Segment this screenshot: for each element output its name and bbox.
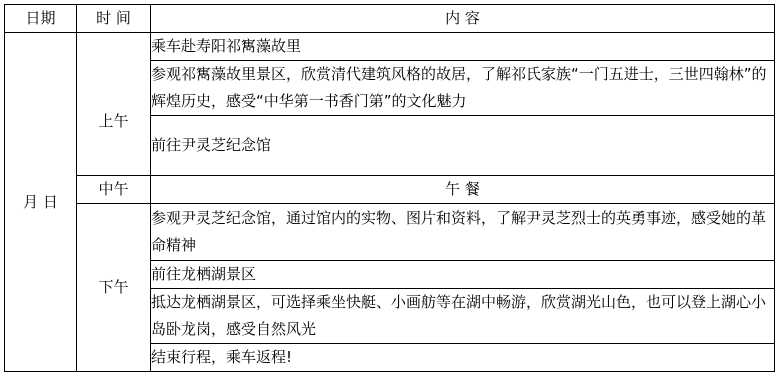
morning-item: 参观祁寯藻故里景区，欣赏清代建筑风格的故居，了解祁氏家族“一门五进士，三世四翰林… [151,61,775,116]
afternoon-item: 参观尹灵芝纪念馆，通过馆内的实物、图片和资料，了解尹灵芝烈士的英勇事迹，感受她的… [151,204,775,261]
table-row: 中午 午 餐 [5,176,775,204]
header-row: 日期 时 间 内 容 [5,5,775,33]
afternoon-item: 前往龙栖湖景区 [151,261,775,289]
date-cell: 月 日 [5,33,77,372]
header-content: 内 容 [151,5,775,33]
afternoon-item: 结束行程，乘车返程! [151,344,775,372]
noon-label: 中午 [77,176,151,204]
noon-content: 午 餐 [151,176,775,204]
header-date: 日期 [5,5,77,33]
morning-label: 上午 [77,33,151,176]
morning-item: 前往尹灵芝纪念馆 [151,116,775,176]
table-row: 下午 参观尹灵芝纪念馆，通过馆内的实物、图片和资料，了解尹灵芝烈士的英勇事迹，感… [5,204,775,261]
afternoon-label: 下午 [77,204,151,372]
afternoon-item: 抵达龙栖湖景区，可选择乘坐快艇、小画舫等在湖中畅游，欣赏湖光山色，也可以登上湖心… [151,289,775,344]
header-time: 时 间 [77,5,151,33]
table-row: 月 日 上午 乘车赴寿阳祁寯藻故里 [5,33,775,61]
itinerary-table: 日期 时 间 内 容 月 日 上午 乘车赴寿阳祁寯藻故里 参观祁寯藻故里景区，欣… [4,4,775,372]
morning-item: 乘车赴寿阳祁寯藻故里 [151,33,775,61]
